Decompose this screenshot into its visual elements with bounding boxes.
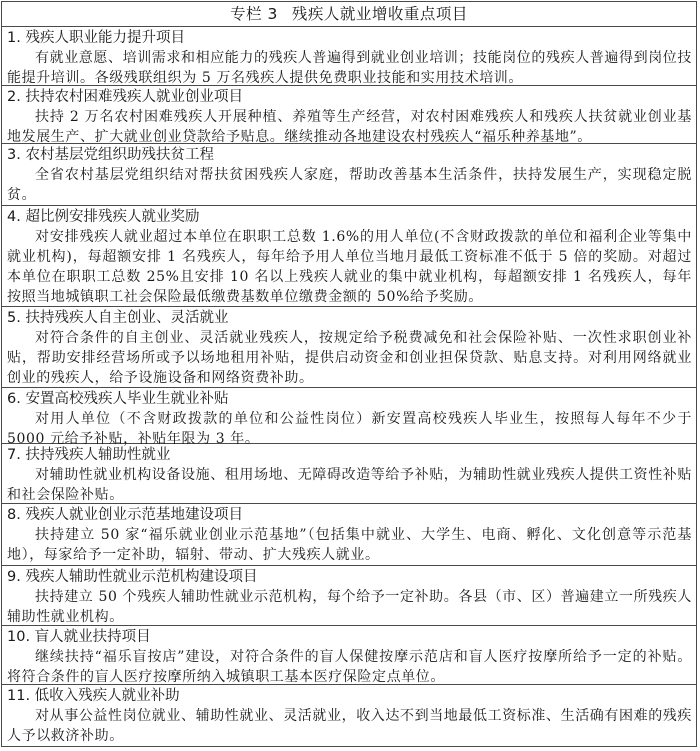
- project-item-8: 8. 残疾人就业创业示范基地建设项目 扶持建立 50 家“福乐就业创业示范基地”…: [2, 504, 696, 566]
- project-title: 11. 低收入残疾人就业补助: [7, 685, 692, 706]
- project-title: 10. 盲人就业扶持项目: [7, 626, 692, 647]
- project-item-1: 1. 残疾人职业能力提升项目 有就业意愿、培训需求和相应能力的残疾人普遍得到就业…: [2, 27, 696, 86]
- project-body: 对从事公益性岗位就业、辅助性就业、灵活就业，收入达不到当地最低工资标准、生活确有…: [7, 706, 692, 746]
- project-body: 对辅助性就业机构设备设施、租用场地、无障碍改造等给予补贴，为辅助性就业残疾人提供…: [7, 465, 692, 505]
- project-body: 全省农村基层党组织结对帮扶贫困残疾人家庭，帮助改善基本生活条件，扶持发展生产，实…: [7, 165, 692, 205]
- project-body: 扶持建立 50 个残疾人辅助性就业示范机构，每个给予一定补助。各县（市、区）普遍…: [7, 587, 692, 627]
- project-title: 7. 扶持残疾人辅助性就业: [7, 444, 692, 465]
- column-header: 专栏 3残疾人就业增收重点项目: [2, 2, 696, 27]
- project-item-7: 7. 扶持残疾人辅助性就业 对辅助性就业机构设备设施、租用场地、无障碍改造等给予…: [2, 444, 696, 504]
- project-body: 对安排残疾人就业超过本单位在职职工总数 1.6%的用人单位(不含财政拨款的单位和…: [7, 227, 692, 307]
- column-title: 残疾人就业增收重点项目: [292, 5, 468, 23]
- project-title: 1. 残疾人职业能力提升项目: [7, 27, 692, 48]
- project-title: 9. 残疾人辅助性就业示范机构建设项目: [7, 566, 692, 587]
- project-body: 对用人单位（不含财政拨款的单位和公益性岗位）新安置高校残疾人毕业生，按照每人每年…: [7, 409, 692, 449]
- project-item-4: 4. 超比例安排残疾人就业奖励 对安排残疾人就业超过本单位在职职工总数 1.6%…: [2, 206, 696, 307]
- project-body: 有就业意愿、培训需求和相应能力的残疾人普遍得到就业创业培训；技能岗位的残疾人普遍…: [7, 48, 692, 88]
- project-item-9: 9. 残疾人辅助性就业示范机构建设项目 扶持建立 50 个残疾人辅助性就业示范机…: [2, 566, 696, 626]
- project-title: 2. 扶持农村困难残疾人就业创业项目: [7, 86, 692, 107]
- project-title: 4. 超比例安排残疾人就业奖励: [7, 206, 692, 227]
- project-body: 对符合条件的自主创业、灵活就业残疾人，按规定给予税费减免和社会保险补贴、一次性求…: [7, 328, 692, 388]
- project-body: 扶持建立 50 家“福乐就业创业示范基地”（包括集中就业、大学生、电商、孵化、文…: [7, 525, 692, 565]
- project-title: 5. 扶持残疾人自主创业、灵活就业: [7, 307, 692, 328]
- project-item-10: 10. 盲人就业扶持项目 继续扶持“福乐盲按店”建设，对符合条件的盲人保健按摩示…: [2, 626, 696, 685]
- project-body: 继续扶持“福乐盲按店”建设，对符合条件的盲人保健按摩示范店和盲人医疗按摩所给予一…: [7, 647, 692, 687]
- column-label: 专栏 3: [230, 5, 278, 23]
- project-title: 6. 安置高校残疾人毕业生就业补贴: [7, 388, 692, 409]
- project-item-11: 11. 低收入残疾人就业补助 对从事公益性岗位就业、辅助性就业、灵活就业，收入达…: [2, 685, 696, 746]
- project-item-3: 3. 农村基层党组织助残扶贫工程 全省农村基层党组织结对帮扶贫困残疾人家庭，帮助…: [2, 144, 696, 206]
- project-item-5: 5. 扶持残疾人自主创业、灵活就业 对符合条件的自主创业、灵活就业残疾人，按规定…: [2, 307, 696, 388]
- project-title: 3. 农村基层党组织助残扶贫工程: [7, 144, 692, 165]
- project-item-6: 6. 安置高校残疾人毕业生就业补贴 对用人单位（不含财政拨款的单位和公益性岗位）…: [2, 388, 696, 444]
- project-body: 扶持 2 万名农村困难残疾人开展种植、养殖等生产经营，对农村困难残疾人和残疾人扶…: [7, 107, 692, 147]
- column-box: 专栏 3残疾人就业增收重点项目 1. 残疾人职业能力提升项目 有就业意愿、培训需…: [1, 1, 697, 747]
- project-title: 8. 残疾人就业创业示范基地建设项目: [7, 504, 692, 525]
- project-item-2: 2. 扶持农村困难残疾人就业创业项目 扶持 2 万名农村困难残疾人开展种植、养殖…: [2, 86, 696, 144]
